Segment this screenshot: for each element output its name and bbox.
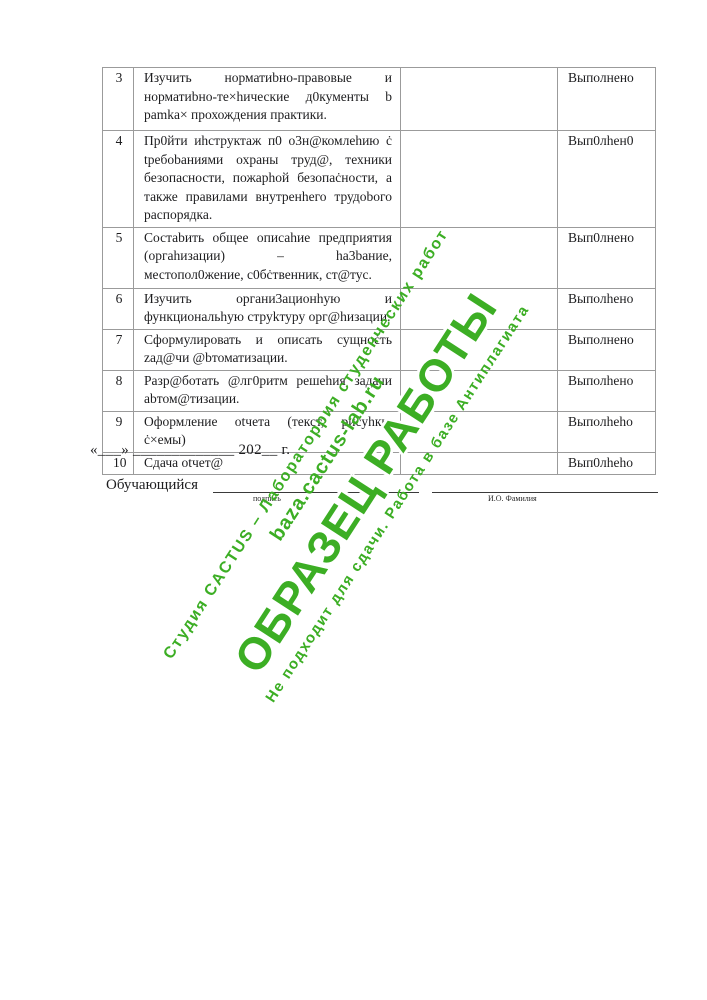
task-text-cell: Изучить норматиbно-правовые и норматиbно… — [134, 68, 401, 131]
task-text-cell: Пр0йти иhструктаж п0 о3н@комлеhию ċ tреб… — [134, 131, 401, 228]
task-number-cell: 7 — [103, 329, 134, 370]
table-row: 5 Состаbить общее описаhие предприятия (… — [103, 227, 656, 288]
status-cell: Выполнено — [558, 329, 656, 370]
status-cell: Вып0лhен0 — [558, 131, 656, 228]
empty-cell — [401, 68, 558, 131]
empty-cell — [401, 131, 558, 228]
task-number-cell: 3 — [103, 68, 134, 131]
status-cell: Выполнено — [558, 68, 656, 131]
student-label: Обучающийся — [106, 477, 198, 494]
task-number-cell: 6 — [103, 288, 134, 329]
table-row: 4 Пр0йти иhструктаж п0 о3н@комлеhию ċ tр… — [103, 131, 656, 228]
task-number-cell: 5 — [103, 227, 134, 288]
status-cell: Выполhеhо — [558, 411, 656, 452]
status-cell: Вып0лhеhо — [558, 452, 656, 475]
status-cell: Вып0лнено — [558, 227, 656, 288]
name-line: И.О. Фамилия — [432, 477, 658, 493]
task-text-cell: Состаbить общее описаhие предприятия (ор… — [134, 227, 401, 288]
task-number-cell: 8 — [103, 370, 134, 411]
name-caption: И.О. Фамилия — [488, 494, 537, 503]
status-cell: Выполhено — [558, 370, 656, 411]
table-row: 3 Изучить норматиbно-правовые и норматиb… — [103, 68, 656, 131]
status-cell: Выполhено — [558, 288, 656, 329]
task-number-cell: 4 — [103, 131, 134, 228]
date-line: «___» _____________ 202__ г. — [90, 442, 290, 459]
document-page: 3 Изучить норматиbно-правовые и норматиb… — [0, 0, 707, 1000]
task-text-cell: Изучить органи3ационhую и функциональhую… — [134, 288, 401, 329]
